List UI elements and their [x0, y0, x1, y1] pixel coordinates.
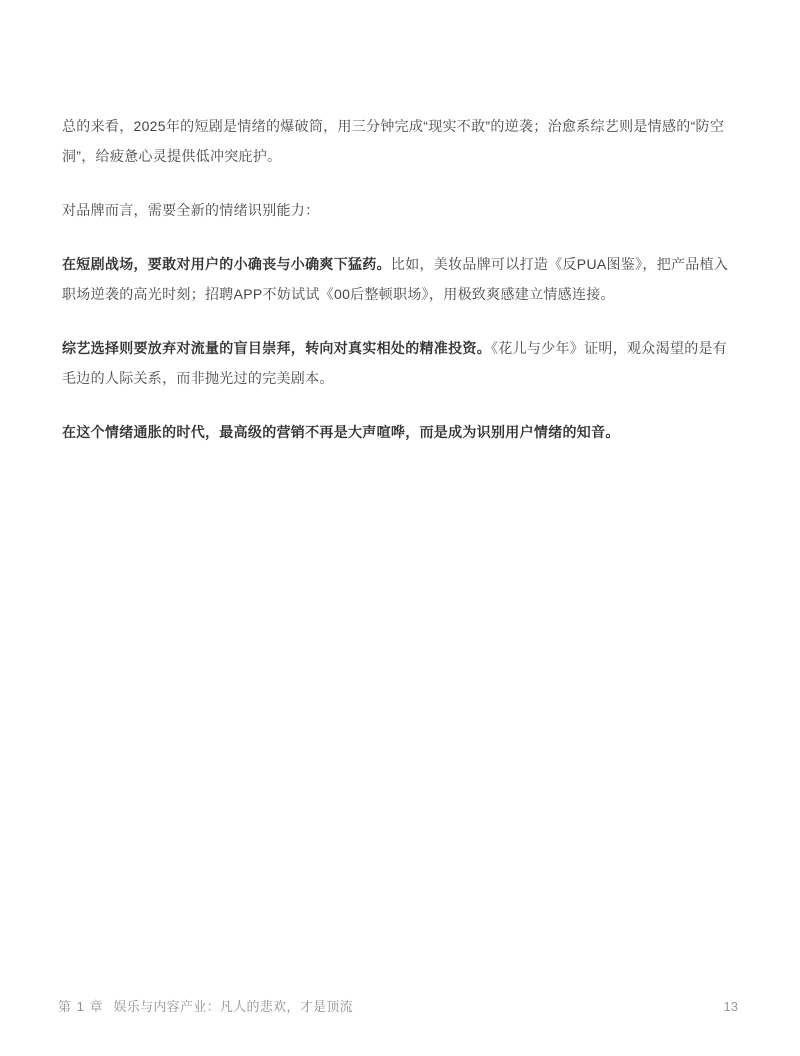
footer-chapter: 第 1 章 娱乐与内容产业：凡人的悲欢，才是顶流 [58, 998, 353, 1016]
footer-chapter-title: 娱乐与内容产业：凡人的悲欢，才是顶流 [113, 998, 352, 1016]
paragraph: 总的来看，2025年的短剧是情绪的爆破筒，用三分钟完成“现实不敢”的逆袭；治愈系… [62, 111, 738, 171]
paragraph-run: 总的来看，2025年的短剧是情绪的爆破筒，用三分钟完成“现实不敢”的逆袭；治愈系… [62, 118, 724, 164]
paragraph-run-bold: 在这个情绪通胀的时代，最高级的营销不再是大声喧哗，而是成为识别用户情绪的知音。 [62, 424, 620, 440]
paragraph: 在这个情绪通胀的时代，最高级的营销不再是大声喧哗，而是成为识别用户情绪的知音。 [62, 417, 738, 447]
document-page: 总的来看，2025年的短剧是情绪的爆破筒，用三分钟完成“现实不敢”的逆袭；治愈系… [0, 0, 800, 1056]
paragraph-run-bold: 在短剧战场，要敢对用户的小确丧与小确爽下猛药。 [62, 256, 391, 272]
page-footer: 第 1 章 娱乐与内容产业：凡人的悲欢，才是顶流 13 [58, 998, 738, 1016]
document-body: 总的来看，2025年的短剧是情绪的爆破筒，用三分钟完成“现实不敢”的逆袭；治愈系… [62, 111, 738, 471]
footer-page-number: 13 [724, 998, 738, 1016]
paragraph-run-bold: 综艺选择则要放弃对流量的盲目崇拜，转向对真实相处的精准投资。 [62, 340, 491, 356]
paragraph: 对品牌而言，需要全新的情绪识别能力： [62, 195, 738, 225]
paragraph-run: 对品牌而言，需要全新的情绪识别能力： [62, 202, 319, 218]
footer-chapter-label: 第 1 章 [58, 998, 103, 1016]
paragraph: 综艺选择则要放弃对流量的盲目崇拜，转向对真实相处的精准投资。《花儿与少年》证明，… [62, 333, 738, 393]
paragraph: 在短剧战场，要敢对用户的小确丧与小确爽下猛药。比如，美妆品牌可以打造《反PUA图… [62, 249, 738, 309]
